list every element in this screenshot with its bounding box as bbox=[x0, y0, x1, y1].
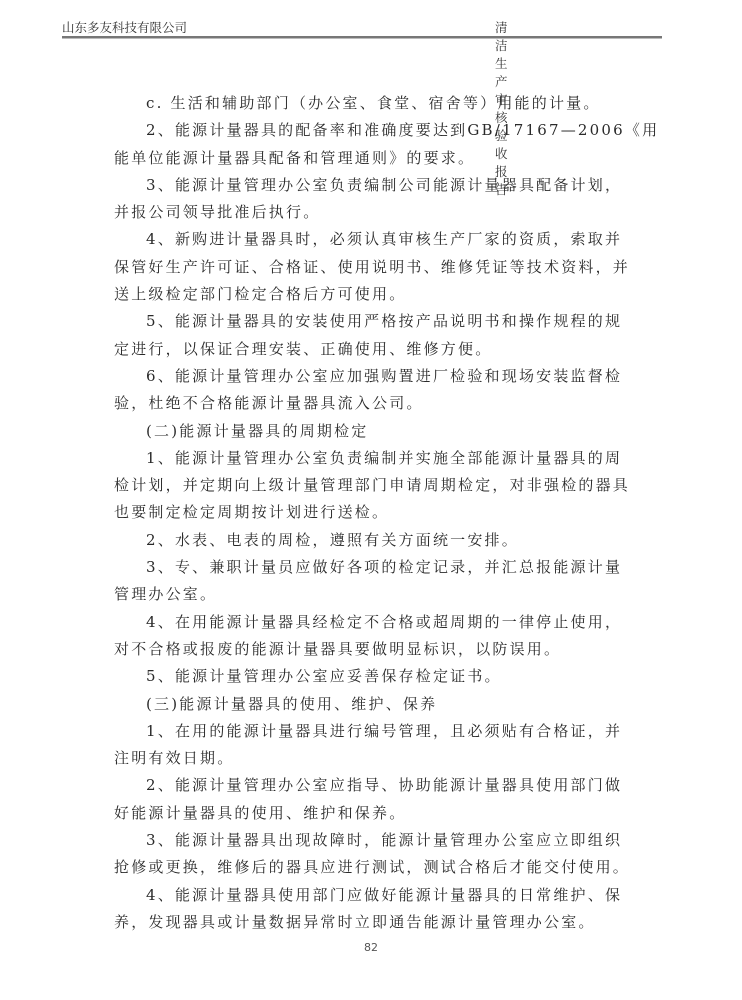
text-line: 3、能源计量器具出现故障时，能源计量管理办公室应立即组织 bbox=[114, 827, 588, 854]
text-line: 能单位能源计量器具配备和管理通则》的要求。 bbox=[114, 145, 588, 172]
text-line: 对不合格或报废的能源计量器具要做明显标识，以防误用。 bbox=[114, 636, 588, 663]
header-company: 山东多友科技有限公司 bbox=[62, 18, 187, 36]
text-line: 定进行，以保证合理安装、正确使用、维修方便。 bbox=[114, 336, 588, 363]
text-line: 4、在用能源计量器具经检定不合格或超周期的一律停止使用， bbox=[114, 609, 588, 636]
text-line: 验，杜绝不合格能源计量器具流入公司。 bbox=[114, 390, 588, 417]
text-line: 送上级检定部门检定合格后方可使用。 bbox=[114, 281, 588, 308]
text-line: 5、能源计量管理办公室应妥善保存检定证书。 bbox=[114, 663, 588, 690]
header-divider-thin bbox=[62, 38, 662, 39]
document-body: c. 生活和辅助部门（办公室、食堂、宿舍等）用能的计量。 2、能源计量器具的配备… bbox=[114, 90, 588, 936]
text-line: 抢修或更换，维修后的器具应进行测试，测试合格后才能交付使用。 bbox=[114, 854, 588, 881]
text-line: 3、专、兼职计量员应做好各项的检定记录，并汇总报能源计量 bbox=[114, 554, 588, 581]
text-line: 检计划，并定期向上级计量管理部门申请周期检定，对非强检的器具 bbox=[114, 472, 588, 499]
text-line: 注明有效日期。 bbox=[114, 745, 588, 772]
page-header: 山东多友科技有限公司 bbox=[62, 18, 460, 36]
text-line: 好能源计量器具的使用、维护和保养。 bbox=[114, 800, 588, 827]
text-line: 4、新购进计量器具时，必须认真审核生产厂家的资质，索取并 bbox=[114, 226, 588, 253]
text-line: 1、在用的能源计量器具进行编号管理，且必须贴有合格证，并 bbox=[114, 718, 588, 745]
text-line: 并报公司领导批准后执行。 bbox=[114, 199, 588, 226]
text-line: 5、能源计量器具的安装使用严格按产品说明书和操作规程的规 bbox=[114, 308, 588, 335]
text-line: 2、水表、电表的周检，遵照有关方面统一安排。 bbox=[114, 527, 588, 554]
text-line: 2、能源计量器具的配备率和准确度要达到GB/17167—2006《用 bbox=[114, 117, 588, 144]
text-line: c. 生活和辅助部门（办公室、食堂、宿舍等）用能的计量。 bbox=[114, 90, 588, 117]
text-line: 保管好生产许可证、合格证、使用说明书、维修凭证等技术资料，并 bbox=[114, 254, 588, 281]
text-line: 管理办公室。 bbox=[114, 581, 588, 608]
page-number: 82 bbox=[0, 941, 742, 954]
text-line: 6、能源计量管理办公室应加强购置进厂检验和现场安装监督检 bbox=[114, 363, 588, 390]
text-line: 3、能源计量管理办公室负责编制公司能源计量器具配备计划， bbox=[114, 172, 588, 199]
text-line: 4、能源计量器具使用部门应做好能源计量器具的日常维护、保 bbox=[114, 882, 588, 909]
text-line: 也要制定检定周期按计划进行送检。 bbox=[114, 499, 588, 526]
section-heading: (三)能源计量器具的使用、维护、保养 bbox=[114, 691, 588, 718]
text-line: 养，发现器具或计量数据异常时立即通告能源计量管理办公室。 bbox=[114, 909, 588, 936]
text-line: 1、能源计量管理办公室负责编制并实施全部能源计量器具的周 bbox=[114, 445, 588, 472]
text-line: 2、能源计量管理办公室应指导、协助能源计量器具使用部门做 bbox=[114, 772, 588, 799]
section-heading: (二)能源计量器具的周期检定 bbox=[114, 418, 588, 445]
